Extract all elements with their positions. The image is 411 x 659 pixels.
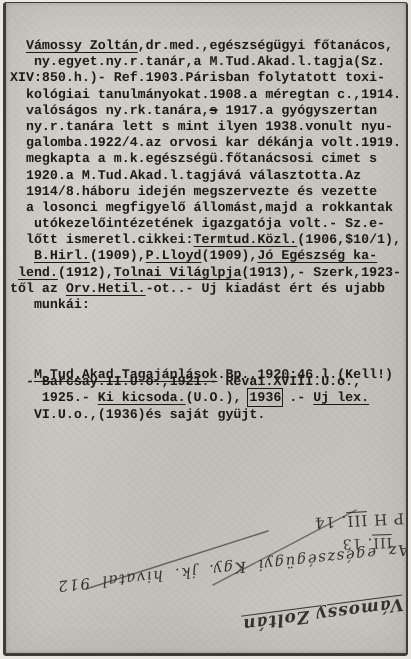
text-segment bbox=[10, 38, 26, 53]
underlined-text: Vámossy Zoltán bbox=[241, 594, 405, 635]
typed-line: XIV:850.h.)- Ref.1903.Párisban folytatot… bbox=[10, 70, 401, 86]
typed-line: lend.(1912),Tolnai Világlpja(1913),- Sze… bbox=[10, 265, 401, 281]
typed-line: ny.egyet.ny.r.tanár,a M.Tud.Akad.l.tagja… bbox=[10, 54, 401, 70]
typed-line: 1920.a M.Tud.Akad.l.tagjává választotta.… bbox=[10, 168, 401, 184]
typed-line: galomba.1922/4.az orvosi kar dékánja vol… bbox=[10, 135, 401, 151]
text-segment: galomba.1922/4.az orvosi kar dékánja vol… bbox=[10, 135, 401, 150]
text-segment: (1913),- Szerk,1923- bbox=[241, 265, 401, 280]
text-segment: (1909), bbox=[90, 248, 146, 263]
underlined-text: P.Lloyd bbox=[146, 248, 202, 263]
typed-line: megkapta a m.k.egészségü.főtanácsosi cim… bbox=[10, 151, 401, 167]
text-segment: a losonci megfigyelő állomást,majd a rok… bbox=[10, 200, 393, 215]
typed-line: 1925.- Ki kicsoda.(U.O.), 1936 .- Uj lex… bbox=[10, 390, 393, 406]
typed-line: 1914/8.háboru idején megszervezte és vez… bbox=[10, 184, 401, 200]
handwritten-cursive-note: Az egészségügyi Kgy. jk. hivatal 912 bbox=[16, 540, 408, 599]
typed-line: valóságos ny.rk.tanára,s 1917.a gyógysze… bbox=[10, 103, 401, 119]
text-segment: munkái: bbox=[10, 297, 90, 312]
boxed-year: 1936 bbox=[249, 390, 281, 405]
text-segment: 1920.a M.Tud.Akad.l.tagjává választotta.… bbox=[10, 168, 361, 183]
underlined-text: Uj lex. bbox=[313, 390, 369, 405]
text-segment: 1925.- bbox=[10, 390, 98, 405]
typed-paragraph-biography: Vámossy Zoltán,dr.med.,egészségügyi főta… bbox=[10, 38, 401, 313]
text-segment: utókezelőintézetének igazgatója volt.- S… bbox=[10, 216, 385, 231]
typed-line: Vámossy Zoltán,dr.med.,egészségügyi főta… bbox=[10, 38, 401, 54]
underlined-text: lend. bbox=[18, 265, 58, 280]
typed-line: lőtt ismeretl.cikkei:Termtud.Közl.(1906,… bbox=[10, 232, 401, 248]
handwritten-ph-date-note: P H III. 14 bbox=[298, 509, 405, 533]
text-segment: lőtt ismeretl.cikkei: bbox=[10, 232, 194, 247]
typed-line: - Barcsay.II.U.o.,1921.- Révai.XVIII.U.o… bbox=[10, 374, 393, 390]
text-segment: től az bbox=[10, 281, 66, 296]
text-segment: 1914/8.háboru idején megszervezte és vez… bbox=[10, 184, 377, 199]
typed-line: től az Orv.Hetil.-ot..- Uj kiadást ért é… bbox=[10, 281, 401, 297]
underlined-text: Termtud.Közl. bbox=[194, 232, 298, 247]
typed-line: kológiai tanulmányokat.1908.a méregtan c… bbox=[10, 87, 401, 103]
typed-line: munkái: bbox=[10, 297, 401, 313]
index-card: Vámossy Zoltán,dr.med.,egészségügyi főta… bbox=[3, 2, 408, 656]
text-segment: (1909), bbox=[202, 248, 258, 263]
text-segment: . 14 bbox=[313, 512, 347, 532]
typed-line: utókezelőintézetének igazgatója volt.- S… bbox=[10, 216, 401, 232]
text-segment: kológiai tanulmányokat.1908.a méregtan c… bbox=[10, 87, 401, 102]
text-segment bbox=[10, 248, 34, 263]
text-segment: megkapta a m.k.egészségü.főtanácsosi cim… bbox=[10, 151, 377, 166]
typed-line: a losonci megfigyelő állomást,majd a rok… bbox=[10, 200, 401, 216]
typed-paragraph-bibliography: M.Tud.Akad.Tagajánlások.Bp.,1920:46.l.(K… bbox=[10, 367, 393, 423]
text-segment: ny.egyet.ny.r.tanár,a M.Tud.Akad.l.tagja… bbox=[10, 54, 385, 69]
text-segment: XIV:850.h.)- Ref.1903.Párisban folytatot… bbox=[10, 70, 385, 85]
typed-line: Vámossy Zoltán bbox=[241, 594, 404, 635]
text-segment: VI.U.o.,(1936)és saját gyüjt. bbox=[10, 407, 265, 422]
underlined-text: III bbox=[346, 511, 368, 530]
underlined-text: B.Hirl. bbox=[34, 248, 90, 263]
text-segment bbox=[10, 265, 18, 280]
text-segment: Az egészségügyi Kgy. jk. hivatal 912 bbox=[56, 540, 408, 595]
text-segment: .- bbox=[281, 390, 313, 405]
text-segment: valóságos ny.rk.tanára, bbox=[10, 103, 210, 118]
text-segment: ,dr.med.,egészségügyi főtanácos, bbox=[138, 38, 393, 53]
text-segment: P H bbox=[367, 509, 405, 529]
text-segment: ny.r.tanára lett s mint ilyen 1938.vonul… bbox=[10, 119, 393, 134]
underlined-text: Jó Egészség ka- bbox=[257, 248, 377, 263]
text-segment: (1906,$10/1), bbox=[297, 232, 401, 247]
underlined-text: Tolnai Világlpja bbox=[114, 265, 242, 280]
underlined-text: Ki kicsoda. bbox=[98, 390, 186, 405]
typed-line: ny.r.tanára lett s mint ilyen 1938.vonul… bbox=[10, 119, 401, 135]
typed-line: Az egészségügyi Kgy. jk. hivatal 912 bbox=[16, 540, 408, 599]
handwritten-signature: Vámossy Zoltán bbox=[241, 594, 404, 635]
underlined-text: Vámossy Zoltán bbox=[26, 38, 138, 53]
underlined-text: Orv.Hetil. bbox=[66, 281, 146, 296]
scanned-photo: Vámossy Zoltán,dr.med.,egészségügyi főta… bbox=[0, 0, 411, 659]
text-segment: (U.O.), bbox=[186, 390, 250, 405]
text-segment: - Barcsay.II.U.o.,1921.- Révai.XVIII.U.o… bbox=[10, 374, 361, 389]
text-segment: (1912), bbox=[58, 265, 114, 280]
typed-line: B.Hirl.(1909),P.Lloyd(1909),Jó Egészség … bbox=[10, 248, 401, 264]
typed-line: VI.U.o.,(1936)és saját gyüjt. bbox=[10, 407, 393, 423]
text-segment: -ot..- Uj kiadást ért és ujabb bbox=[146, 281, 385, 296]
text-segment: 1917.a gyógyszertan bbox=[217, 103, 377, 118]
typed-line: P H III. 14 bbox=[298, 509, 405, 533]
